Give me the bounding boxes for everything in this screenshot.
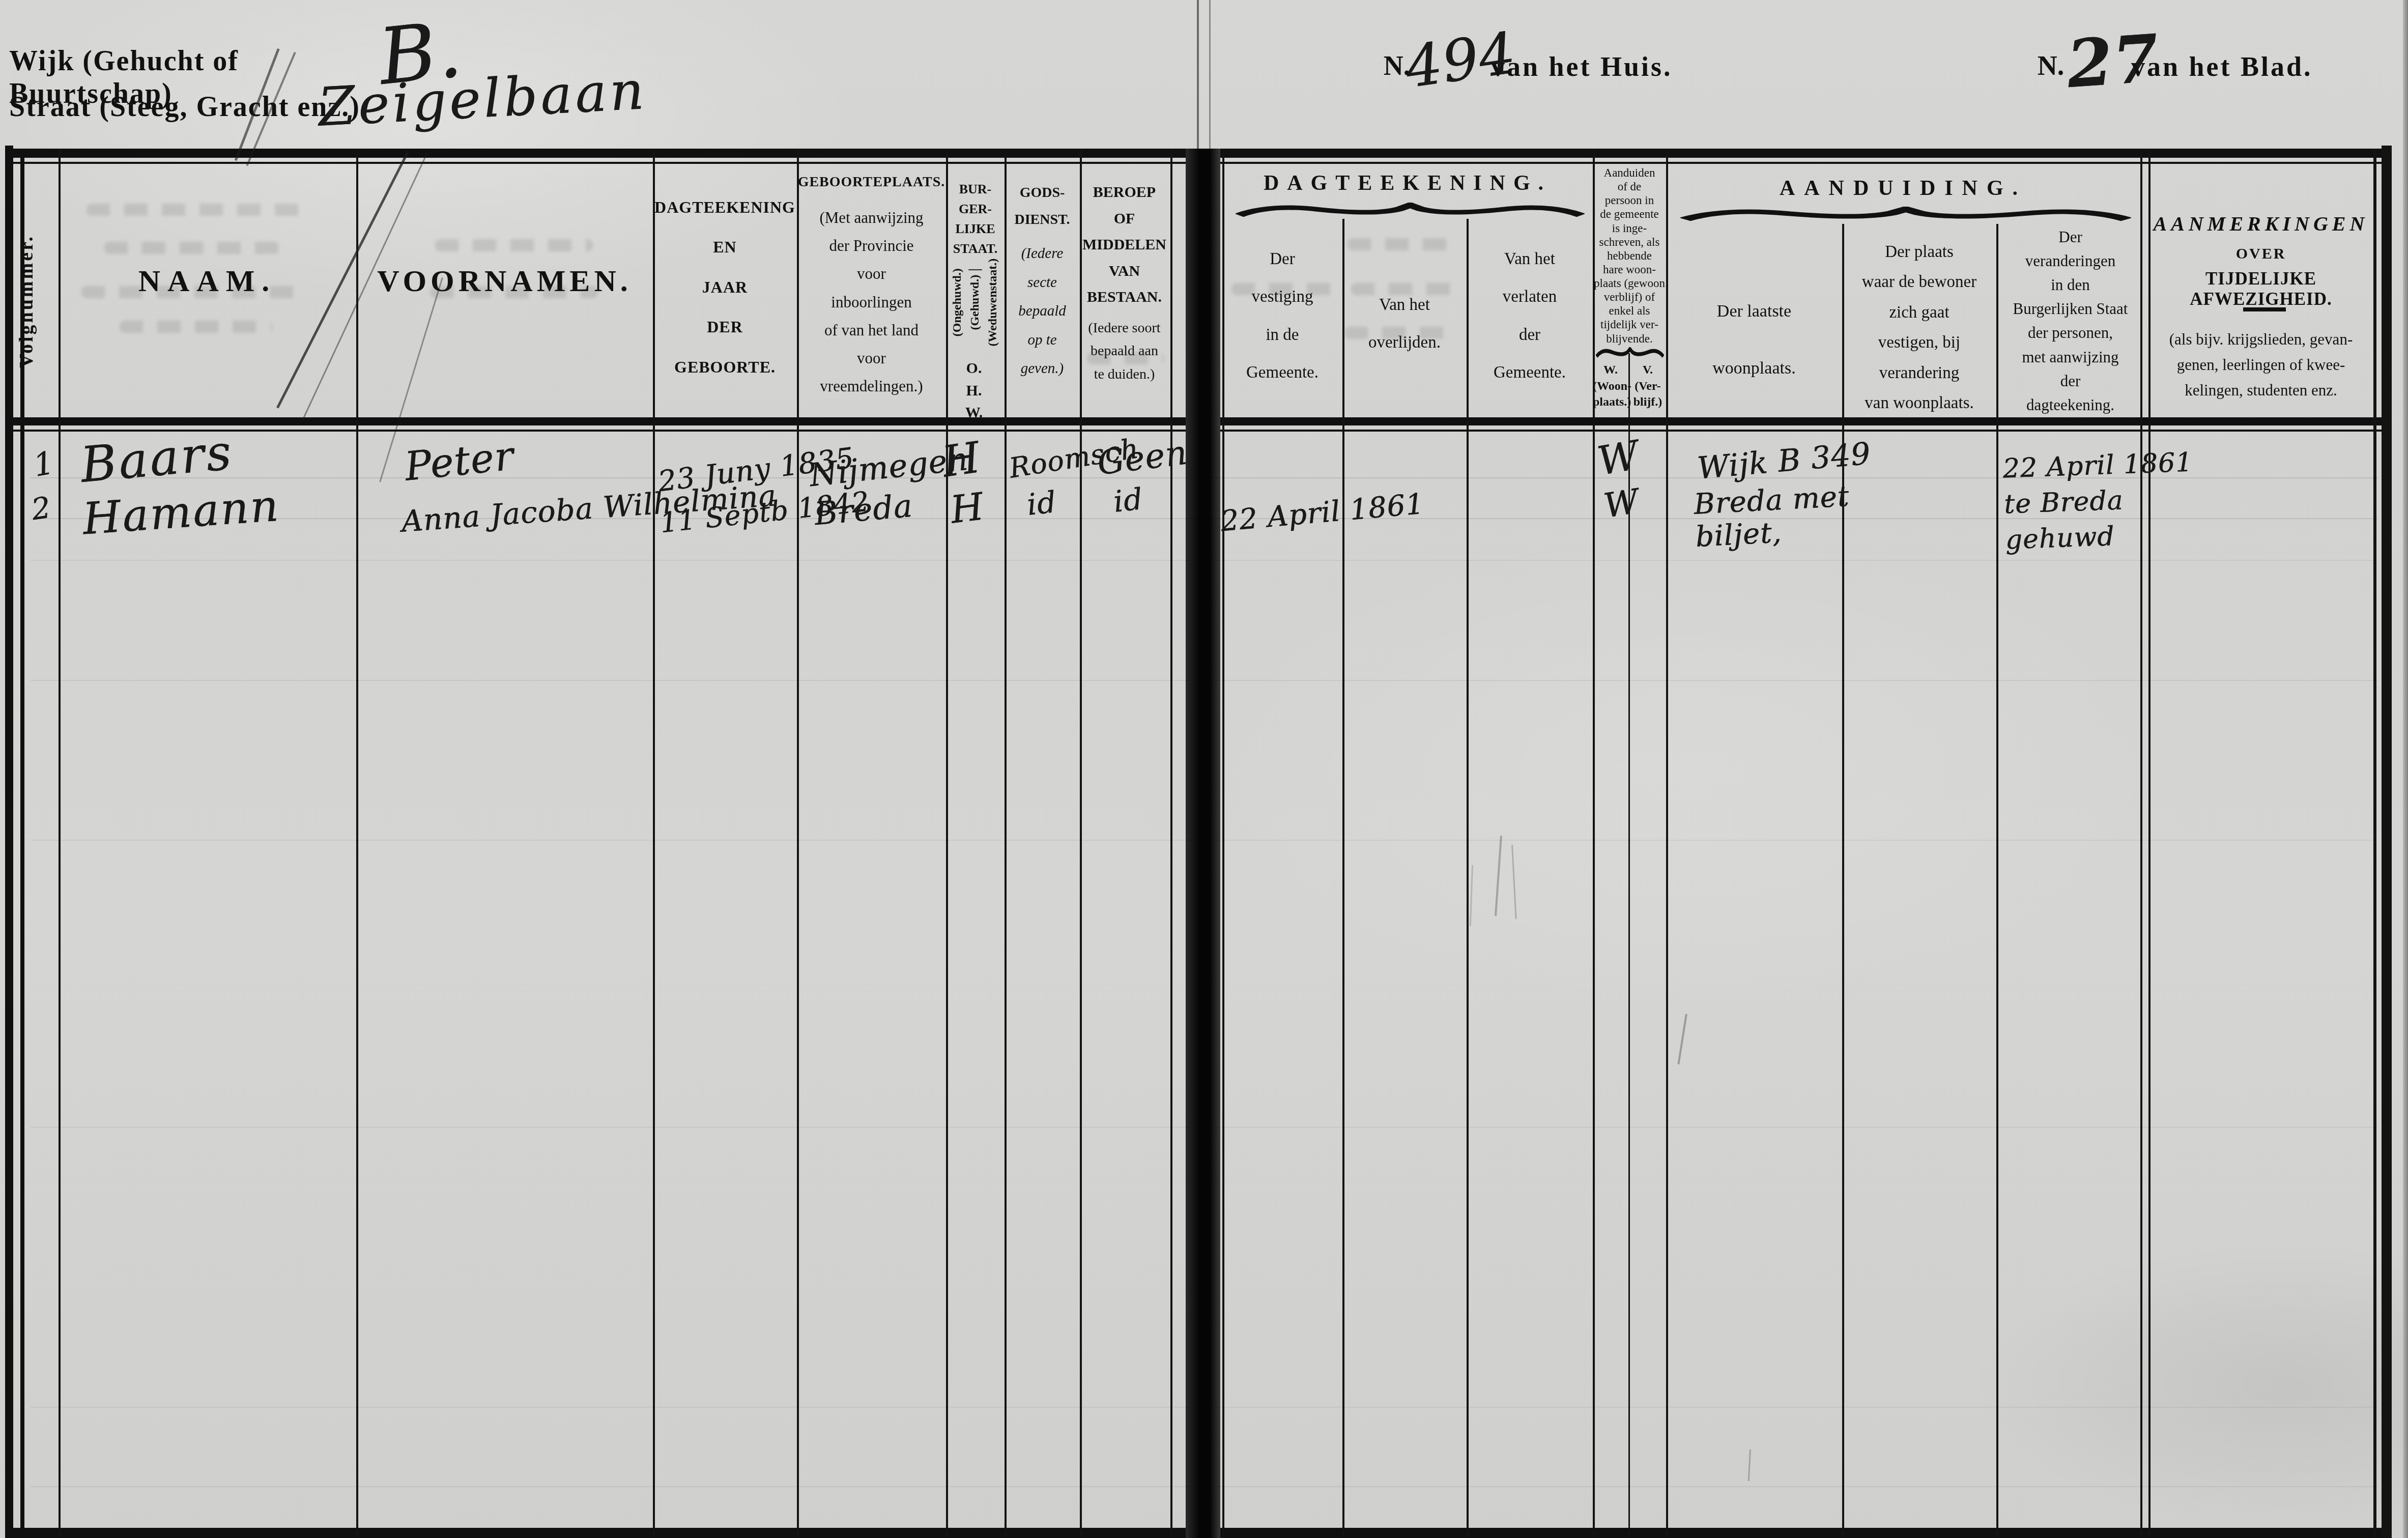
volgnummer-header: Volgnummer. bbox=[15, 205, 38, 398]
scan-streak bbox=[31, 840, 2377, 841]
overlijden-subheader: Van het overlijden. bbox=[1342, 286, 1467, 362]
bleed-through bbox=[1351, 283, 1455, 295]
bleed-through bbox=[435, 239, 593, 251]
register-page: Wijk (Gehucht of Buurtschap) Straat (Ste… bbox=[0, 0, 2408, 1538]
scan-streak bbox=[31, 477, 2377, 478]
divider-w-v bbox=[1628, 353, 1630, 1538]
scan-streak bbox=[31, 560, 2377, 561]
bleed-through bbox=[1344, 327, 1455, 339]
row-1-woonplaats-mark: W bbox=[1594, 431, 1643, 488]
row-2-laatste-woonplaats: Breda met biljet, bbox=[1693, 480, 1852, 554]
row-2-geboorteplaats: Breda bbox=[813, 486, 914, 534]
laatste-woonplaats-subheader: Der laatste woonplaats. bbox=[1666, 283, 1842, 397]
burgerlijke-staat-abbr: O. H. W. bbox=[946, 357, 1002, 424]
bleed-through bbox=[104, 242, 280, 254]
scan-streak bbox=[31, 1127, 2377, 1128]
fold-line-top bbox=[1197, 0, 1199, 149]
veranderingen-note: 22 April 1861 te Breda gehuwd bbox=[2002, 445, 2196, 558]
huis-suffix-label: van het Huis. bbox=[1491, 51, 1735, 82]
dagteekening-brace bbox=[1236, 203, 1585, 218]
geboorteplaats-header: GEBOORTEPLAATS. bbox=[797, 174, 946, 190]
blad-suffix-label: van het Blad. bbox=[2131, 51, 2375, 82]
dagteekening-group-header: DAGTEEKENING. bbox=[1222, 171, 1593, 195]
divider-overlijden bbox=[1467, 219, 1469, 1538]
veranderingen-subheader: Der veranderingen in den Burgerlijken St… bbox=[1996, 225, 2144, 417]
right-outer-border bbox=[2382, 146, 2392, 1538]
fold-line-top-2 bbox=[1209, 0, 1211, 149]
bleed-through bbox=[1348, 238, 1455, 250]
woonplaats-subheader: W. (Woon- plaats.) bbox=[1593, 362, 1628, 411]
scan-streak bbox=[31, 1407, 2377, 1408]
geboorteplaats-subheader: (Met aanwijzing der Provincie voor inboo… bbox=[797, 204, 946, 400]
straat-label: Straat (Steeg, Gracht enz.) bbox=[9, 91, 365, 123]
scan-streak bbox=[31, 518, 2377, 519]
verblijf-subheader: V. (Ver- blijf.) bbox=[1629, 362, 1666, 411]
aanmerkingen-header-2: TIJDELIJKE AFWEZIGHEID. bbox=[2144, 269, 2377, 309]
left-outer-border bbox=[5, 146, 13, 1538]
bleed-through bbox=[1087, 352, 1164, 364]
pencil-mark bbox=[1748, 1449, 1751, 1481]
scan-streak bbox=[31, 1486, 2377, 1487]
aanmerkingen-subheader: (als bijv. krijgslieden, gevan- genen, l… bbox=[2148, 327, 2373, 404]
row-2-vestiging: 22 April 1861 bbox=[1219, 486, 1426, 540]
verlaten-subheader: Van het verlaten der Gemeente. bbox=[1467, 240, 1593, 391]
row-2-woonplaats-mark: W bbox=[1601, 480, 1642, 528]
divider-naam bbox=[356, 149, 358, 1538]
aanmerkingen-over-label: OVER bbox=[2148, 245, 2373, 263]
aanduiding-group-header: AANDUIDING. bbox=[1666, 176, 2140, 201]
column-divider-beroep-right bbox=[1170, 149, 1172, 1538]
plaats-vestiging-subheader: Der plaats waar de bewoner zich gaat ves… bbox=[1842, 237, 1996, 418]
binding-band bbox=[1186, 149, 1220, 1538]
divider-plaats-vestiging bbox=[1996, 224, 1998, 1538]
row-2-volgnummer: 2 bbox=[29, 489, 53, 529]
paper-right-edge bbox=[2403, 0, 2408, 1538]
vestiging-subheader: Der vestiging in de Gemeente. bbox=[1222, 240, 1342, 391]
row-1-voornamen: Peter bbox=[402, 431, 516, 493]
aanmerkingen-dash bbox=[2243, 307, 2286, 311]
row-1-burgerlijke-staat: H bbox=[939, 430, 984, 490]
pencil-mark bbox=[1470, 865, 1473, 926]
godsdienst-subheader: (Iedere secte bepaald op te geven.) bbox=[1005, 239, 1080, 383]
row-2-beroep: id bbox=[1111, 480, 1144, 521]
burgerlijke-staat-legend: (Ongehuwd.) (Gehuwd.) (Weduwenstaat.) bbox=[949, 239, 1001, 366]
beroep-subheader: (Iedere soort bepaald aan te duiden.) bbox=[1080, 317, 1169, 386]
aanduiden-header: Aanduiden of de persoon in de gemeente i… bbox=[1594, 166, 1665, 346]
bleed-through bbox=[430, 286, 598, 298]
row-1-volgnummer: 1 bbox=[30, 442, 58, 486]
divider-vestiging bbox=[1342, 219, 1344, 1538]
bleed-through bbox=[87, 204, 310, 216]
aanmerkingen-header: AANMERKINGEN bbox=[2148, 212, 2373, 236]
divider-laatste-woonplaats bbox=[1842, 224, 1844, 1538]
geboortedatum-header: DAGTEEKENING EN JAAR DER GEBOORTE. bbox=[653, 187, 797, 387]
aanduiden-brace bbox=[1596, 347, 1664, 358]
row-2-burgerlijke-staat: H bbox=[948, 482, 987, 534]
pencil-mark bbox=[1495, 836, 1502, 916]
beroep-header: BEROEP OF MIDDELEN VAN BESTAAN. bbox=[1080, 179, 1169, 310]
bleed-through bbox=[1231, 283, 1336, 295]
burgerlijke-staat-rotated-wrap: (Ongehuwd.) (Gehuwd.) (Weduwenstaat.) bbox=[946, 239, 1005, 366]
aanduiding-brace bbox=[1680, 207, 2131, 222]
divider-volgnummer bbox=[59, 149, 61, 1538]
pencil-mark bbox=[1677, 1014, 1687, 1064]
bleed-through bbox=[81, 286, 300, 298]
right-inner-border bbox=[2373, 149, 2376, 1538]
scan-streak bbox=[31, 680, 2377, 681]
divider-verlaten bbox=[1593, 149, 1595, 1538]
pencil-mark bbox=[1511, 845, 1517, 919]
godsdienst-header: GODS- DIENST. bbox=[1005, 179, 1080, 233]
bleed-through bbox=[120, 321, 272, 333]
straat-value: Zeigelbaan bbox=[317, 56, 648, 141]
